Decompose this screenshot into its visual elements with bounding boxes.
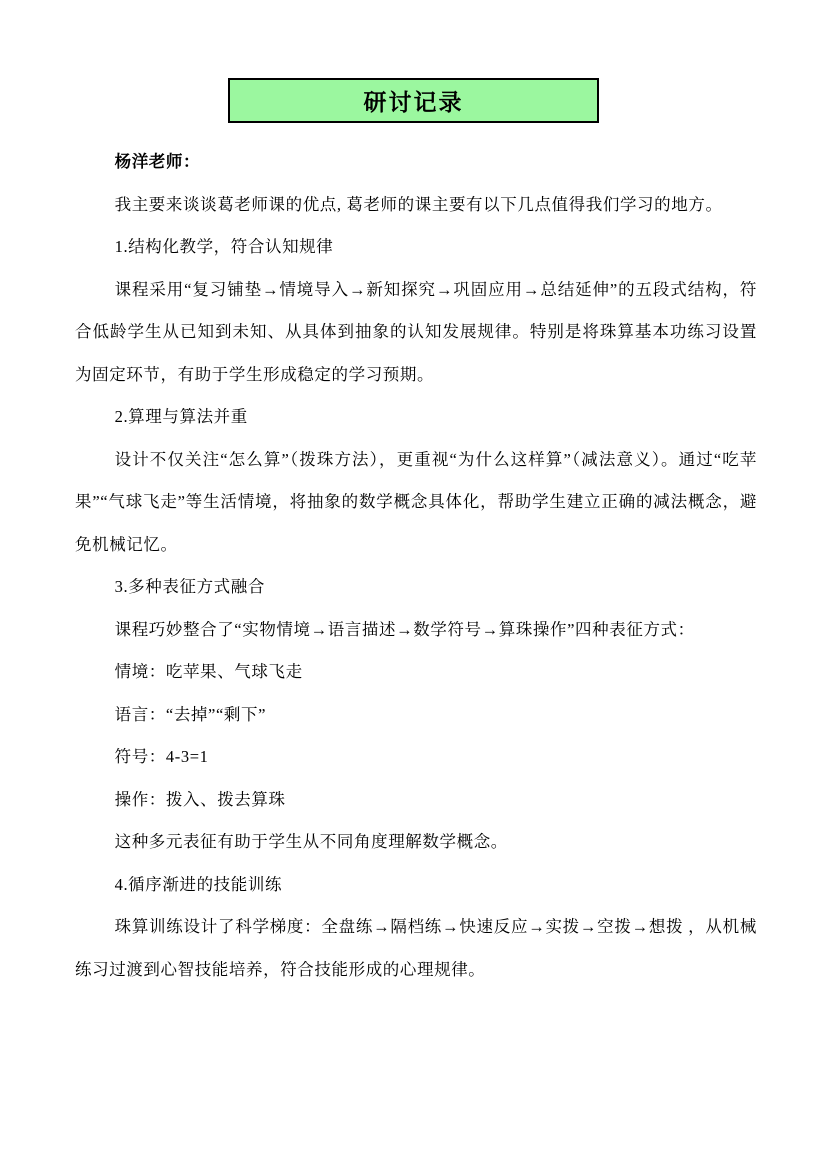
- point-4-heading: 4.循序渐进的技能训练: [75, 864, 757, 907]
- point-4-paragraph: 珠算训练设计了科学梯度：全盘练→隔档练→快速反应→实拨→空拨→想拨 ，从机械练习…: [75, 906, 757, 991]
- item-situation: 情境：吃苹果、气球飞走: [75, 651, 757, 694]
- item-symbol: 符号：4-3=1: [75, 736, 757, 779]
- point-2-heading: 2.算理与算法并重: [75, 396, 757, 439]
- point-2-paragraph: 设计不仅关注“怎么算”（拨珠方法），更重视“为什么这样算”（减法意义）。通过“吃…: [75, 439, 757, 567]
- intro-paragraph: 我主要来谈谈葛老师课的优点, 葛老师的课主要有以下几点值得我们学习的地方。: [75, 184, 757, 227]
- point-1-heading: 1.结构化教学，符合认知规律: [75, 226, 757, 269]
- point-3-summary: 这种多元表征有助于学生从不同角度理解数学概念。: [75, 821, 757, 864]
- speaker-name: 杨洋老师：: [75, 141, 757, 184]
- point-3-heading: 3.多种表征方式融合: [75, 566, 757, 609]
- page-title: 研讨记录: [364, 84, 464, 117]
- document-body: 杨洋老师： 我主要来谈谈葛老师课的优点, 葛老师的课主要有以下几点值得我们学习的…: [0, 123, 827, 991]
- item-operation: 操作：拨入、拨去算珠: [75, 779, 757, 822]
- title-banner: 研讨记录: [228, 78, 599, 123]
- point-3-paragraph: 课程巧妙整合了“实物情境→语言描述→数学符号→算珠操作”四种表征方式：: [75, 609, 757, 652]
- point-1-paragraph: 课程采用“复习铺垫→情境导入→新知探究→巩固应用→总结延伸”的五段式结构，符合低…: [75, 269, 757, 397]
- document-page: 研讨记录 杨洋老师： 我主要来谈谈葛老师课的优点, 葛老师的课主要有以下几点值得…: [0, 0, 827, 1170]
- item-language: 语言：“去掉”“剩下”: [75, 694, 757, 737]
